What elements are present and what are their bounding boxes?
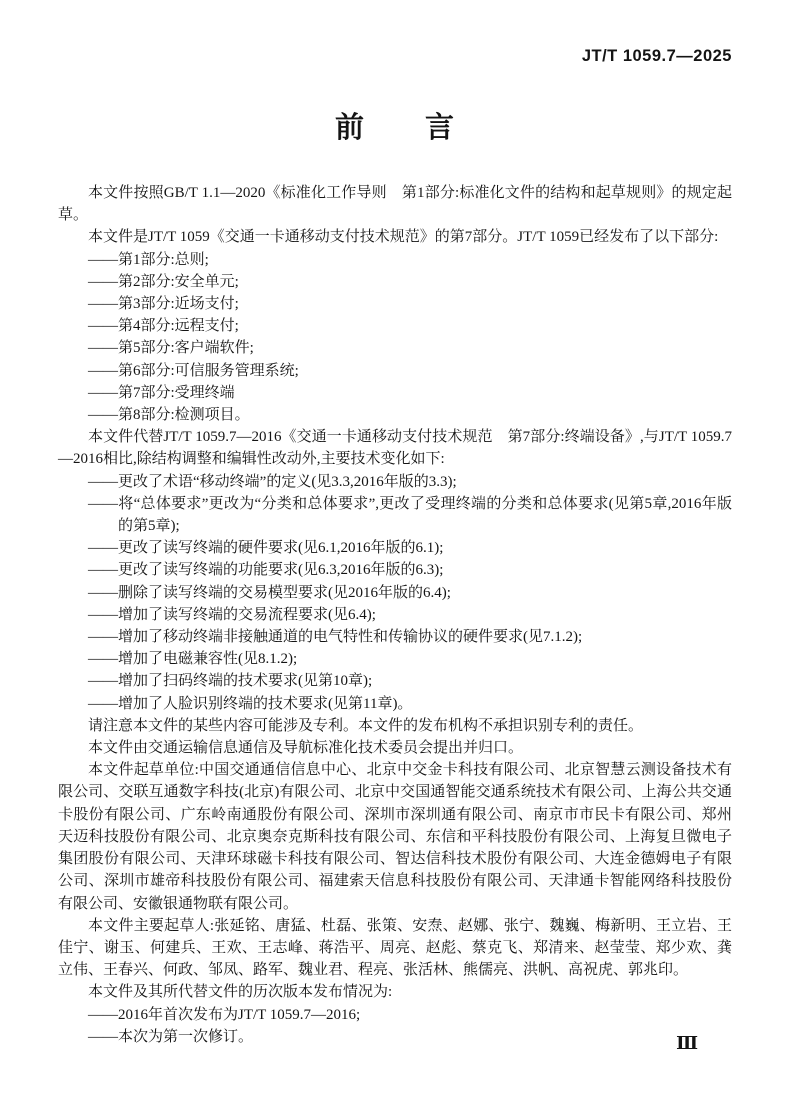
technical-changes-list: ——更改了术语“移动终端”的定义(见3.3,2016年版的3.3);——将“总体… [58, 471, 732, 715]
list-item: ——第3部分:近场支付; [118, 293, 732, 315]
list-item: ——第1部分:总则; [118, 249, 732, 271]
list-item: ——增加了移动终端非接触通道的电气特性和传输协议的硬件要求(见7.1.2); [118, 626, 732, 648]
paragraph-committee: 本文件由交通运输信息通信及导航标准化技术委员会提出并归口。 [58, 737, 732, 759]
list-item: ——更改了术语“移动终端”的定义(见3.3,2016年版的3.3); [118, 471, 732, 493]
paragraph-drafting-rule: 本文件按照GB/T 1.1—2020《标准化工作导则 第1部分:标准化文件的结构… [58, 182, 732, 226]
list-item: ——增加了扫码终端的技术要求(见第10章); [118, 670, 732, 692]
paragraph-patent-notice: 请注意本文件的某些内容可能涉及专利。本文件的发布机构不承担识别专利的责任。 [58, 715, 732, 737]
list-item: ——删除了读写终端的交易模型要求(见2016年版的6.4); [118, 582, 732, 604]
list-item: ——更改了读写终端的硬件要求(见6.1,2016年版的6.1); [118, 537, 732, 559]
list-item: ——第8部分:检测项目。 [118, 404, 732, 426]
list-item: ——第7部分:受理终端 [118, 382, 732, 404]
paragraph-history-intro: 本文件及其所代替文件的历次版本发布情况为: [58, 981, 732, 1003]
standard-number: JT/T 1059.7—2025 [582, 47, 732, 65]
paragraph-replacement: 本文件代替JT/T 1059.7—2016《交通一卡通移动支付技术规范 第7部分… [58, 426, 732, 470]
list-item: ——第6部分:可信服务管理系统; [118, 360, 732, 382]
paragraph-series-intro: 本文件是JT/T 1059《交通一卡通移动支付技术规范》的第7部分。JT/T 1… [58, 226, 732, 248]
list-item: ——更改了读写终端的功能要求(见6.3,2016年版的6.3); [118, 559, 732, 581]
history-list: ——2016年首次发布为JT/T 1059.7—2016;——本次为第一次修订。 [58, 1004, 732, 1048]
list-item: ——本次为第一次修订。 [118, 1026, 732, 1048]
page-number: Ⅲ [676, 1033, 698, 1053]
paragraph-drafting-organizations: 本文件起草单位:中国交通通信信息中心、北京中交金卡科技有限公司、北京智慧云测设备… [58, 759, 732, 914]
list-item: ——第4部分:远程支付; [118, 315, 732, 337]
foreword-content: 本文件按照GB/T 1.1—2020《标准化工作导则 第1部分:标准化文件的结构… [58, 182, 732, 1048]
page-footer: Ⅲ [676, 1033, 698, 1054]
parts-list: ——第1部分:总则;——第2部分:安全单元;——第3部分:近场支付;——第4部分… [58, 249, 732, 427]
list-item: ——第5部分:客户端软件; [118, 337, 732, 359]
list-item: ——增加了电磁兼容性(见8.1.2); [118, 648, 732, 670]
list-item: ——第2部分:安全单元; [118, 271, 732, 293]
document-page: JT/T 1059.7—2025 前 言 本文件按照GB/T 1.1—2020《… [0, 0, 790, 1106]
page-header: JT/T 1059.7—2025 [58, 46, 732, 66]
page-title: 前 言 [58, 108, 732, 148]
list-item: ——2016年首次发布为JT/T 1059.7—2016; [118, 1004, 732, 1026]
list-item: ——增加了人脸识别终端的技术要求(见第11章)。 [118, 693, 732, 715]
paragraph-main-drafters: 本文件主要起草人:张延铭、唐猛、杜磊、张策、安焘、赵娜、张宁、魏巍、梅新明、王立… [58, 915, 732, 982]
list-item: ——将“总体要求”更改为“分类和总体要求”,更改了受理终端的分类和总体要求(见第… [118, 493, 732, 537]
list-item: ——增加了读写终端的交易流程要求(见6.4); [118, 604, 732, 626]
